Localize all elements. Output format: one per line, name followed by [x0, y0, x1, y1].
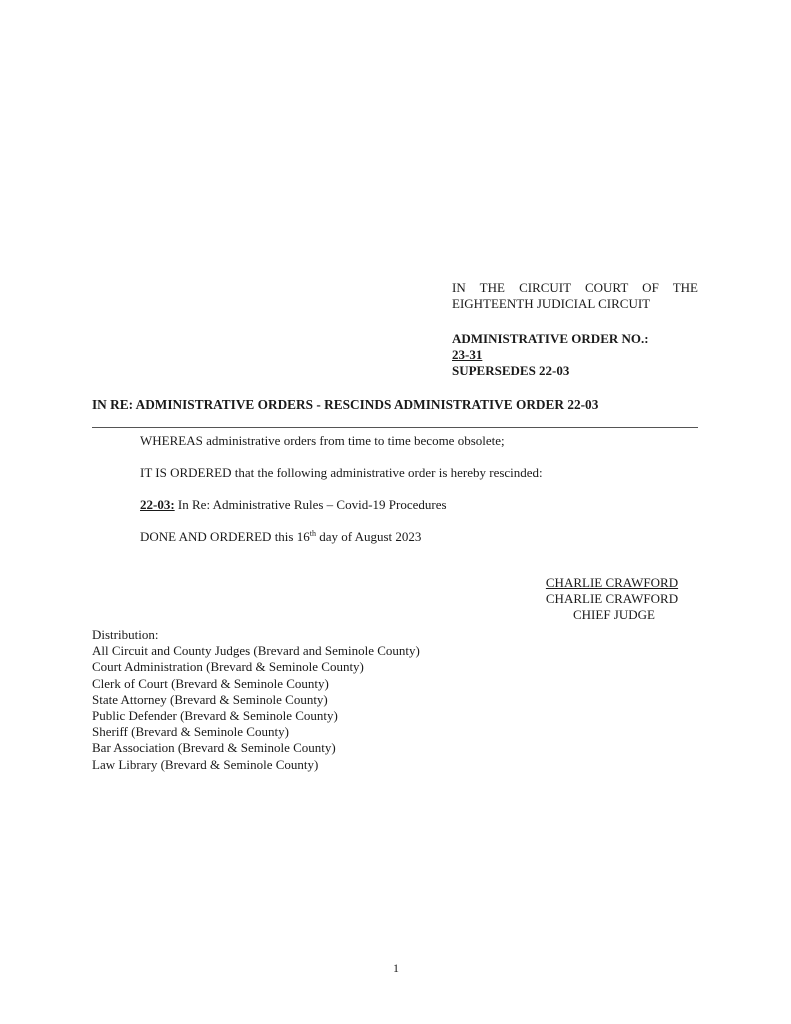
court-header-line-2: EIGHTEENTH JUDICIAL CIRCUIT: [452, 296, 698, 312]
printed-name: CHARLIE CRAWFORD: [532, 591, 692, 607]
order-label: ADMINISTRATIVE ORDER NO.:: [452, 331, 649, 347]
list-item: Public Defender (Brevard & Seminole Coun…: [92, 708, 420, 724]
done-date-prefix: DONE AND ORDERED this 16: [140, 529, 310, 544]
document-title: IN RE: ADMINISTRATIVE ORDERS - RESCINDS …: [92, 397, 598, 413]
distribution-heading: Distribution:: [92, 627, 420, 643]
order-number: 23-31: [452, 347, 649, 363]
supersedes-label: SUPERSEDES 22-03: [452, 363, 649, 379]
rescinded-order-paragraph: 22-03: In Re: Administrative Rules – Cov…: [140, 497, 447, 513]
judge-title: CHIEF JUDGE: [532, 607, 692, 623]
rescinded-order-number: 22-03:: [140, 497, 175, 512]
court-header-line-1: IN THE CIRCUIT COURT OF THE: [452, 280, 698, 296]
title-divider: [92, 427, 698, 428]
list-item: State Attorney (Brevard & Seminole Count…: [92, 692, 420, 708]
rescinded-order-description: In Re: Administrative Rules – Covid-19 P…: [175, 497, 447, 512]
distribution-list: Distribution: All Circuit and County Jud…: [92, 627, 420, 773]
list-item: Bar Association (Brevard & Seminole Coun…: [92, 740, 420, 756]
done-date-suffix: day of August 2023: [316, 529, 421, 544]
order-block: ADMINISTRATIVE ORDER NO.: 23-31 SUPERSED…: [452, 331, 649, 379]
page-number: 1: [393, 961, 399, 976]
list-item: Sheriff (Brevard & Seminole County): [92, 724, 420, 740]
done-and-ordered-paragraph: DONE AND ORDERED this 16th day of August…: [140, 529, 421, 545]
ordered-paragraph: IT IS ORDERED that the following adminis…: [140, 465, 543, 481]
list-item: Law Library (Brevard & Seminole County): [92, 757, 420, 773]
list-item: All Circuit and County Judges (Brevard a…: [92, 643, 420, 659]
whereas-paragraph: WHEREAS administrative orders from time …: [140, 433, 505, 449]
court-header: IN THE CIRCUIT COURT OF THE EIGHTEENTH J…: [452, 280, 698, 312]
signature-block: CHARLIE CRAWFORD CHARLIE CRAWFORD CHIEF …: [532, 575, 692, 623]
list-item: Clerk of Court (Brevard & Seminole Count…: [92, 676, 420, 692]
signature-name: CHARLIE CRAWFORD: [532, 575, 692, 591]
list-item: Court Administration (Brevard & Seminole…: [92, 659, 420, 675]
